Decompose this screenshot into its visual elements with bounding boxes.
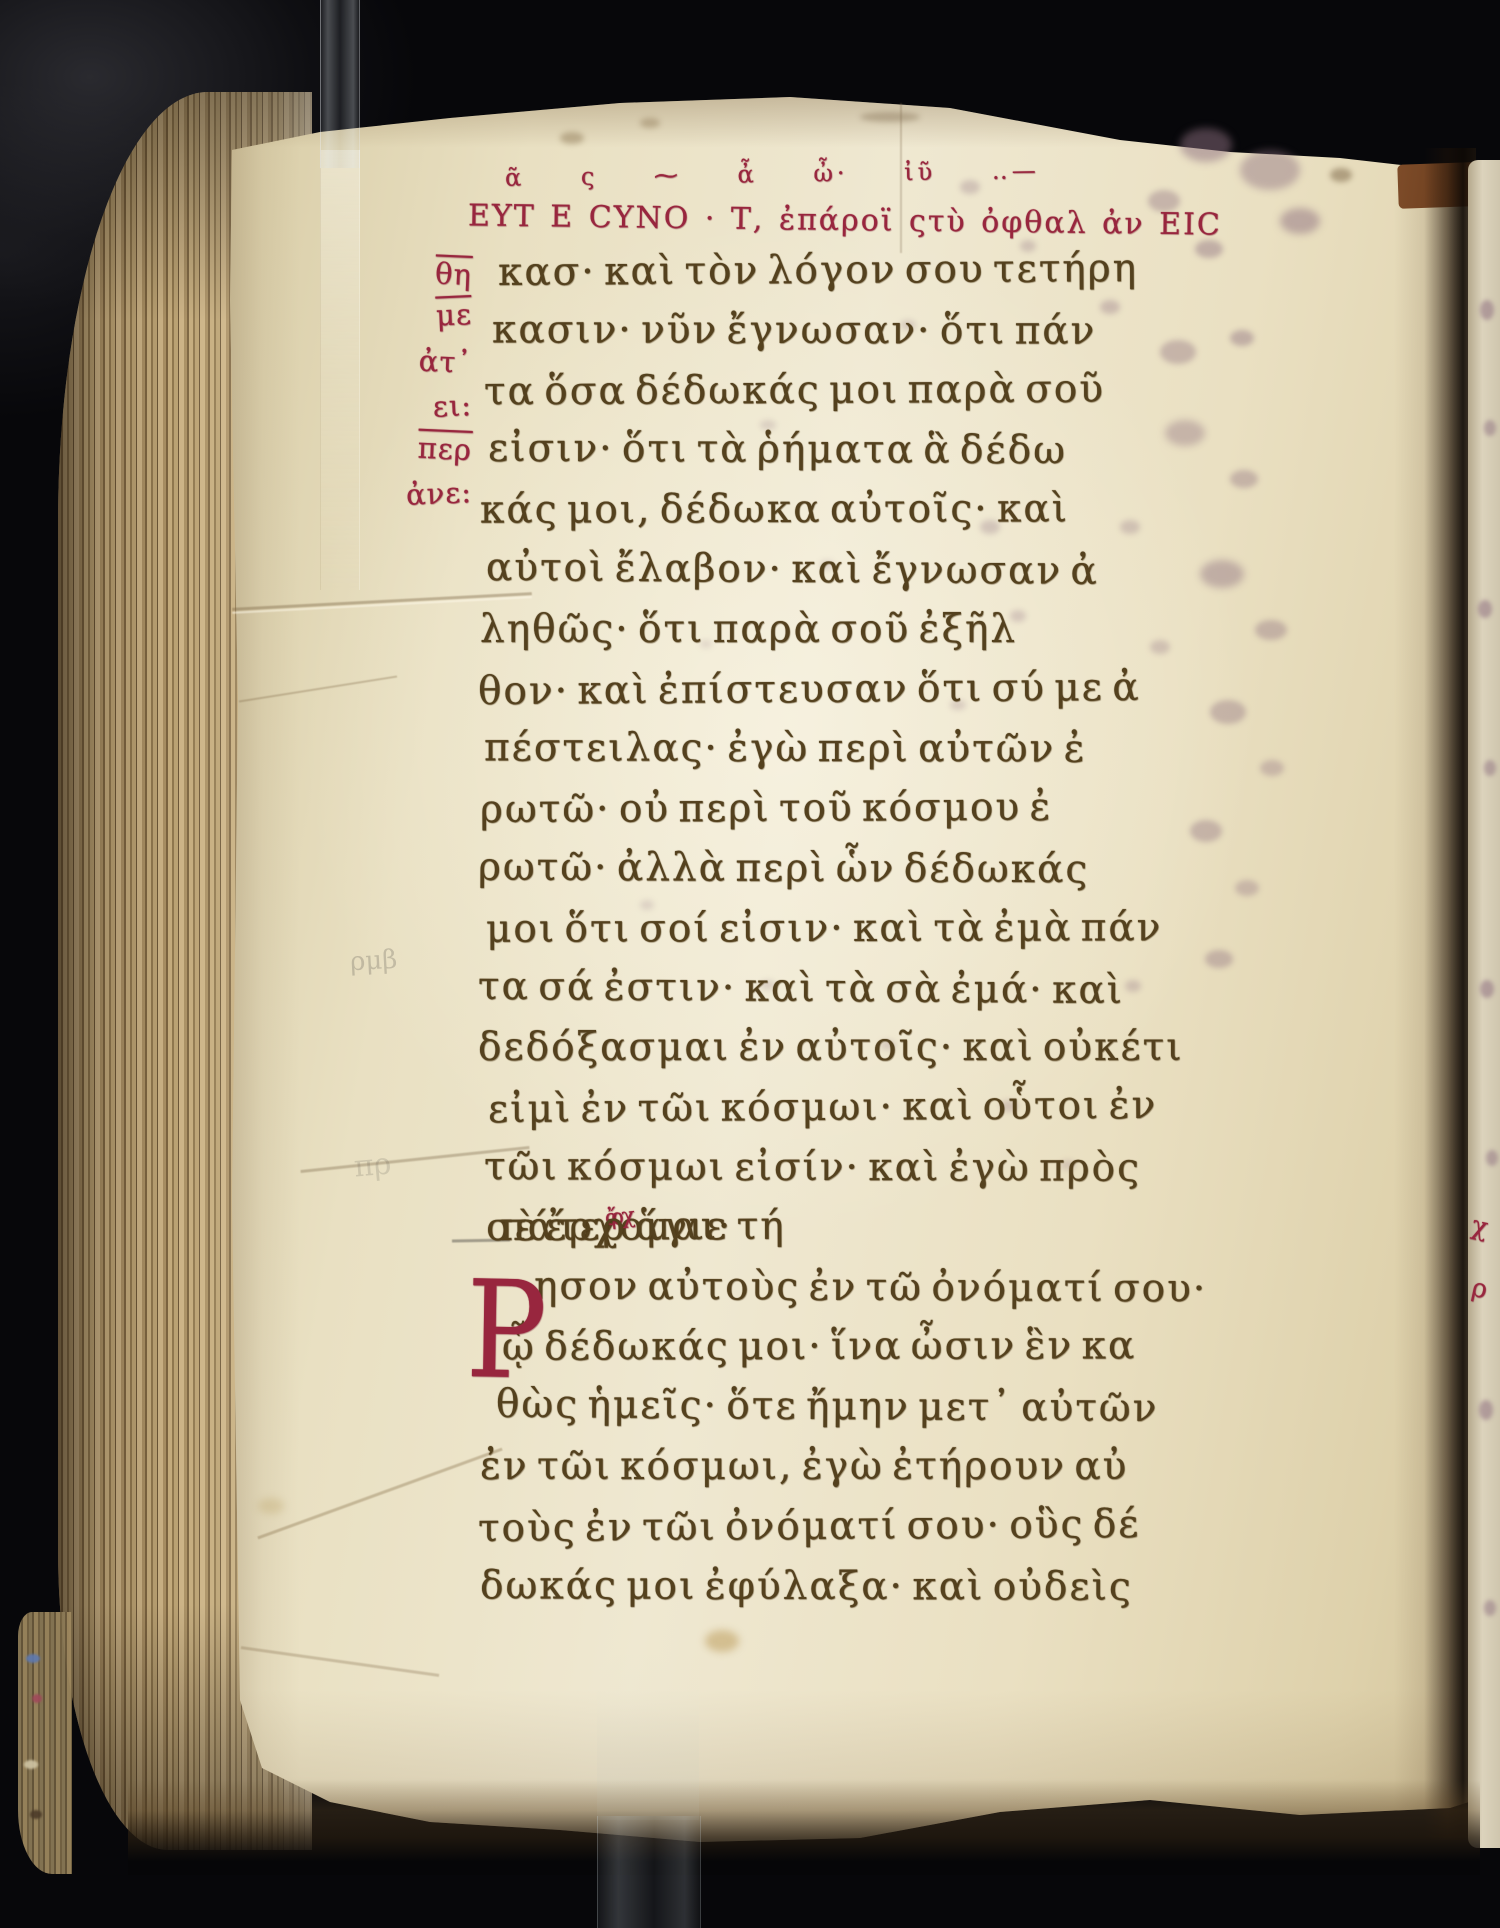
facing-page-sliver: χρ: [1468, 160, 1500, 1848]
parchment-page: [225, 95, 1475, 1847]
clamp-strip-top-on-page: [320, 150, 360, 590]
facing-page-lection-mark-2: ρ: [1469, 1273, 1490, 1306]
clamp-strip-top: [320, 0, 360, 168]
book-tail-edge: [18, 1612, 72, 1874]
clamp-strip-bottom: [597, 1816, 701, 1928]
facing-page-lection-mark-1: χ: [1469, 1211, 1491, 1244]
clamp-strip-bottom-on-page: [597, 1652, 699, 1820]
manuscript-photo-stage: χρ ᾶ ς ⁓ ἆ ὦ· ἰῦ ‥— ΕΥΤ Ε CΥΝΟ · Τ, ἐπάρ…: [0, 0, 1500, 1928]
